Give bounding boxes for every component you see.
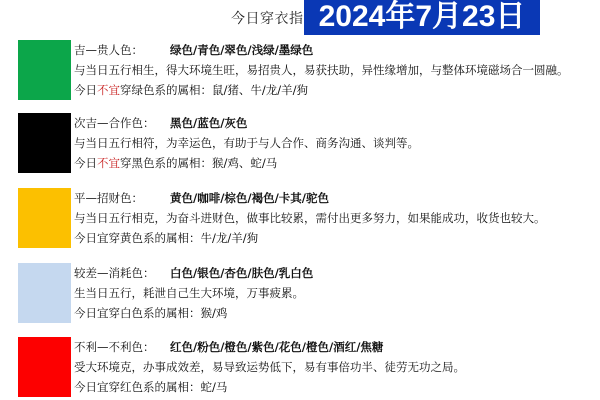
header: 今日穿衣指南： 2024年7月23日 xyxy=(0,0,600,36)
zodiac-line: 今日宜穿红色系的属相：蛇/马 xyxy=(74,377,465,397)
description: 受大环境克，办事成效差，易导致运势低下，易有事倍功半、徒劳无功之局。 xyxy=(74,357,465,377)
section-title: 吉—贵人色： xyxy=(74,40,170,60)
description: 与当日五行相符，为幸运色，有助于与人合作、商务沟通、谈判等。 xyxy=(74,133,419,153)
description: 与当日五行相生，得大环境生旺，易招贵人，易获扶助，异性缘增加，与整体环境磁场合一… xyxy=(74,60,569,80)
description: 生当日五行，耗泄自己生大环境，万事疲累。 xyxy=(74,283,313,303)
zodiac-line: 今日不宜穿黑色系的属相：猴/鸡、蛇/马 xyxy=(74,153,419,173)
section-draining: 较差—消耗色：白色/银色/杏色/肤色/乳白色 生当日五行，耗泄自己生大环境，万事… xyxy=(18,263,598,325)
zodiac-suffix: 宜穿红色系的属相：蛇/马 xyxy=(97,380,227,394)
zodiac-suffix: 穿绿色系的属相：鼠/猪、牛/龙/羊/狗 xyxy=(120,83,308,97)
color-swatch-white xyxy=(18,263,71,323)
section-title: 较差—消耗色： xyxy=(74,263,170,283)
color-swatch-red xyxy=(18,337,71,397)
section-wealth: 平—招财色：黄色/咖啡/棕色/褐色/卡其/驼色 与当日五行相克，为奋斗进财色，做… xyxy=(18,188,598,250)
color-list: 白色/银色/杏色/肤色/乳白色 xyxy=(170,266,313,280)
color-list: 绿色/青色/翠色/浅绿/墨绿色 xyxy=(170,43,313,57)
zodiac-prefix: 今日 xyxy=(74,83,97,97)
color-swatch-yellow xyxy=(18,188,71,248)
zodiac-flag: 不宜 xyxy=(97,83,120,97)
color-swatch-green xyxy=(18,40,71,100)
section-unfavorable: 不利—不利色：红色/粉色/橙色/紫色/花色/橙色/酒红/焦糖 受大环境克，办事成… xyxy=(18,337,598,399)
zodiac-line: 今日宜穿黄色系的属相：牛/龙/羊/狗 xyxy=(74,228,546,248)
date-text: 2024年7月23日 xyxy=(319,0,526,33)
zodiac-prefix: 今日 xyxy=(74,306,97,320)
zodiac-prefix: 今日 xyxy=(74,231,97,245)
color-list: 黄色/咖啡/棕色/褐色/卡其/驼色 xyxy=(170,191,329,205)
description: 与当日五行相克，为奋斗进财色，做事比较累，需付出更多努力，如果能成功，收货也较大… xyxy=(74,208,546,228)
section-title: 次吉—合作色： xyxy=(74,113,170,133)
zodiac-line: 今日不宜穿绿色系的属相：鼠/猪、牛/龙/羊/狗 xyxy=(74,80,569,100)
zodiac-flag: 不宜 xyxy=(97,156,120,170)
date-banner: 2024年7月23日 xyxy=(304,0,540,35)
section-title: 不利—不利色： xyxy=(74,337,170,357)
zodiac-prefix: 今日 xyxy=(74,380,97,394)
color-swatch-black xyxy=(18,113,71,173)
section-title: 平—招财色： xyxy=(74,188,170,208)
color-list: 红色/粉色/橙色/紫色/花色/橙色/酒红/焦糖 xyxy=(170,340,383,354)
color-list: 黑色/蓝色/灰色 xyxy=(170,116,247,130)
zodiac-suffix: 穿黑色系的属相：猴/鸡、蛇/马 xyxy=(120,156,277,170)
section-cooperation: 次吉—合作色：黑色/蓝色/灰色 与当日五行相符，为幸运色，有助于与人合作、商务沟… xyxy=(18,113,598,175)
zodiac-line: 今日宜穿白色系的属相：猴/鸡 xyxy=(74,303,313,323)
zodiac-suffix: 宜穿白色系的属相：猴/鸡 xyxy=(97,306,227,320)
zodiac-suffix: 宜穿黄色系的属相：牛/龙/羊/狗 xyxy=(97,231,258,245)
section-lucky: 吉—贵人色：绿色/青色/翠色/浅绿/墨绿色 与当日五行相生，得大环境生旺，易招贵… xyxy=(18,40,598,102)
zodiac-prefix: 今日 xyxy=(74,156,97,170)
